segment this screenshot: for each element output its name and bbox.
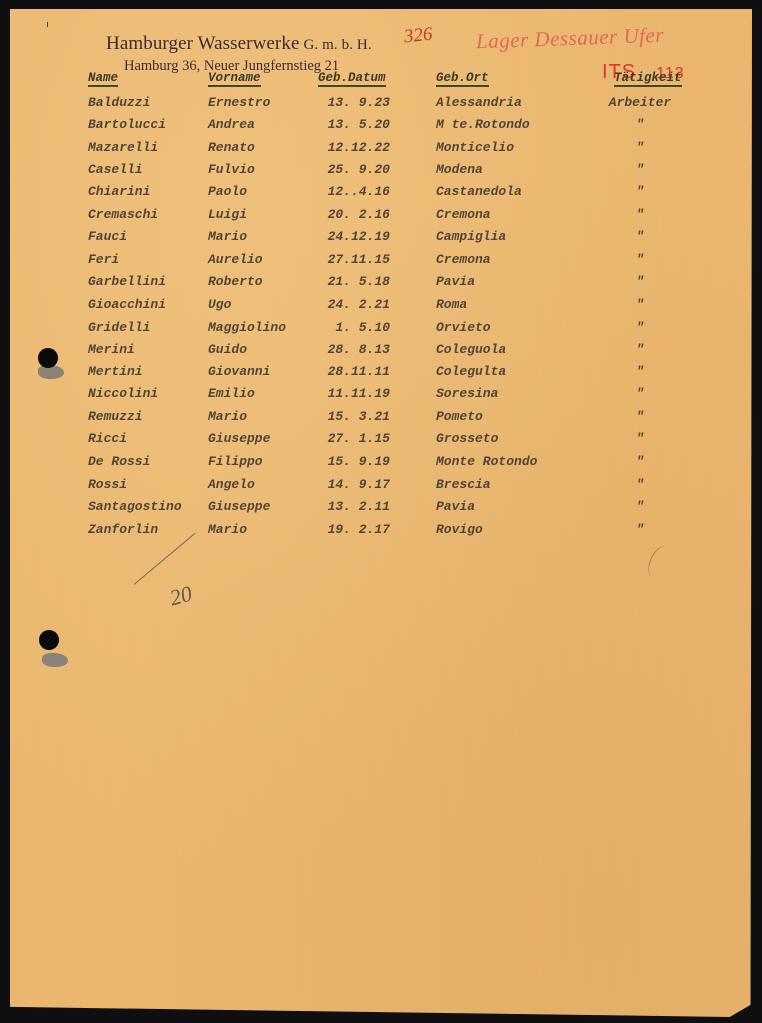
cell-birth-place: M te.Rotondo <box>436 117 530 132</box>
table-row: Zanforlin Mario 19. 2.17 Rovigo " <box>10 522 752 544</box>
cell-birth-place: Pometo <box>436 409 483 424</box>
column-header-first-name: Vorname <box>208 71 261 87</box>
cell-occupation: " <box>600 342 680 357</box>
cell-name: De Rossi <box>88 454 150 469</box>
cell-occupation: " <box>600 522 680 537</box>
cell-birth-place: Coleguola <box>436 342 506 357</box>
cell-occupation: " <box>600 162 680 177</box>
cell-birth-date: 12..4.16 <box>306 184 390 199</box>
cell-birth-place: Pavia <box>436 499 475 514</box>
cell-birth-place: Campiglia <box>436 229 506 244</box>
cell-name: Caselli <box>88 162 143 177</box>
cell-occupation: " <box>600 207 680 222</box>
cell-first-name: Andrea <box>208 117 255 132</box>
cell-birth-place: Colegulta <box>436 364 506 379</box>
table-row: Fauci Mario 24.12.19 Campiglia " <box>10 229 752 251</box>
cell-name: Cremaschi <box>88 207 158 222</box>
cell-birth-date: 14. 9.17 <box>306 477 390 492</box>
cell-occupation: " <box>600 320 680 335</box>
cell-name: Bartolucci <box>88 117 166 132</box>
table-row: Mertini Giovanni 28.11.11 Colegulta " <box>10 364 752 386</box>
cell-birth-place: Orvieto <box>436 320 491 335</box>
cell-occupation: " <box>600 409 680 424</box>
cell-first-name: Angelo <box>208 477 255 492</box>
cell-first-name: Giuseppe <box>208 431 270 446</box>
cell-birth-date: 13. 9.23 <box>306 95 390 110</box>
cell-name: Chiarini <box>88 184 150 199</box>
cell-birth-date: 11.11.19 <box>306 386 390 401</box>
company-name: Hamburger Wasserwerke <box>106 33 300 54</box>
cell-birth-date: 21. 5.18 <box>306 274 390 289</box>
cell-first-name: Fulvio <box>208 162 255 177</box>
cell-name: Remuzzi <box>88 409 143 424</box>
cell-name: Niccolini <box>88 386 158 401</box>
cell-name: Merini <box>88 342 135 357</box>
table-row: Balduzzi Ernestro 13. 9.23 Alessandria A… <box>10 95 752 117</box>
table-row: Rossi Angelo 14. 9.17 Brescia " <box>10 477 752 499</box>
cell-name: Santagostino <box>88 499 182 514</box>
table-row: Caselli Fulvio 25. 9.20 Modena " <box>10 162 752 184</box>
table-row: Bartolucci Andrea 13. 5.20 M te.Rotondo … <box>10 117 752 139</box>
cell-birth-date: 19. 2.17 <box>306 522 390 537</box>
table-row: Gioacchini Ugo 24. 2.21 Roma " <box>10 297 752 319</box>
punch-hole-icon <box>39 630 59 650</box>
cell-name: Balduzzi <box>88 95 150 110</box>
cell-birth-place: Roma <box>436 297 467 312</box>
cell-first-name: Mario <box>208 522 247 537</box>
cell-birth-date: 27.11.15 <box>306 252 390 267</box>
cell-occupation: " <box>600 252 680 267</box>
cell-first-name: Giuseppe <box>208 499 270 514</box>
company-legal-form: G. m. b. H. <box>304 37 372 53</box>
cell-occupation: " <box>600 117 680 132</box>
table-row: Remuzzi Mario 15. 3.21 Pometo " <box>10 409 752 431</box>
cell-birth-place: Cremona <box>436 252 491 267</box>
cell-birth-date: 1. 5.10 <box>306 320 390 335</box>
cell-name: Feri <box>88 252 119 267</box>
cell-birth-place: Pavia <box>436 274 475 289</box>
cell-birth-place: Alessandria <box>436 95 522 110</box>
cell-occupation: " <box>600 454 680 469</box>
handwritten-doc-number: 326 <box>403 24 434 49</box>
cell-first-name: Aurelio <box>208 252 263 267</box>
cell-name: Mazarelli <box>88 140 158 155</box>
cell-birth-date: 24. 2.21 <box>306 297 390 312</box>
cell-first-name: Filippo <box>208 454 263 469</box>
cell-occupation: " <box>600 274 680 289</box>
cell-first-name: Emilio <box>208 386 255 401</box>
cell-birth-date: 28.11.11 <box>306 364 390 379</box>
cell-name: Gioacchini <box>88 297 166 312</box>
column-header-birth-place: Geb.Ort <box>436 71 489 87</box>
cell-birth-place: Soresina <box>436 386 498 401</box>
cell-birth-date: 15. 9.19 <box>306 454 390 469</box>
corner-mark <box>47 22 48 27</box>
cell-first-name: Mario <box>208 229 247 244</box>
punch-hole-shadow <box>42 653 68 667</box>
cell-birth-date: 13. 5.20 <box>306 117 390 132</box>
cell-birth-place: Monte Rotondo <box>436 454 537 469</box>
cell-first-name: Ugo <box>208 297 231 312</box>
cell-first-name: Ernestro <box>208 95 270 110</box>
cell-birth-place: Brescia <box>436 477 491 492</box>
table-row: Mazarelli Renato 12.12.22 Monticelio " <box>10 140 752 162</box>
cell-name: Ricci <box>88 431 127 446</box>
table-row: Ricci Giuseppe 27. 1.15 Grosseto " <box>10 431 752 453</box>
table-row: Gridelli Maggiolino 1. 5.10 Orvieto " <box>10 320 752 342</box>
cell-birth-place: Grosseto <box>436 431 498 446</box>
cell-birth-date: 20. 2.16 <box>306 207 390 222</box>
cell-name: Zanforlin <box>88 522 158 537</box>
table-row: Niccolini Emilio 11.11.19 Soresina " <box>10 386 752 408</box>
cell-occupation: Arbeiter <box>600 95 680 110</box>
cell-birth-date: 13. 2.11 <box>306 499 390 514</box>
cell-occupation: " <box>600 477 680 492</box>
cell-occupation: " <box>600 386 680 401</box>
cell-occupation: " <box>600 297 680 312</box>
cell-occupation: " <box>600 499 680 514</box>
cell-birth-place: Monticelio <box>436 140 514 155</box>
cell-birth-date: 28. 8.13 <box>306 342 390 357</box>
letterhead-company: Hamburger WasserwerkeG. m. b. H. <box>106 33 372 55</box>
table-row: Feri Aurelio 27.11.15 Cremona " <box>10 252 752 274</box>
cell-name: Mertini <box>88 364 143 379</box>
cell-first-name: Giovanni <box>208 364 270 379</box>
cell-first-name: Luigi <box>208 207 247 222</box>
column-header-birth-date: Geb.Datum <box>318 71 386 87</box>
cell-first-name: Paolo <box>208 184 247 199</box>
cell-birth-place: Castanedola <box>436 184 522 199</box>
cell-first-name: Guido <box>208 342 247 357</box>
cell-occupation: " <box>600 431 680 446</box>
cell-name: Fauci <box>88 229 127 244</box>
cell-birth-date: 27. 1.15 <box>306 431 390 446</box>
cell-occupation: " <box>600 184 680 199</box>
table-row: Chiarini Paolo 12..4.16 Castanedola " <box>10 184 752 206</box>
cell-occupation: " <box>600 364 680 379</box>
cell-birth-place: Rovigo <box>436 522 483 537</box>
cell-birth-date: 24.12.19 <box>306 229 390 244</box>
table-row: Merini Guido 28. 8.13 Coleguola " <box>10 342 752 364</box>
cell-birth-place: Modena <box>436 162 483 177</box>
table-row: Cremaschi Luigi 20. 2.16 Cremona " <box>10 207 752 229</box>
table-row: De Rossi Filippo 15. 9.19 Monte Rotondo … <box>10 454 752 476</box>
column-header-name: Name <box>88 71 118 87</box>
cell-name: Gridelli <box>88 320 150 335</box>
table-row: Garbellini Roberto 21. 5.18 Pavia " <box>10 274 752 296</box>
punch-hole-icon <box>38 348 58 368</box>
cell-first-name: Maggiolino <box>208 320 286 335</box>
cell-birth-place: Cremona <box>436 207 491 222</box>
pencil-check-mark <box>644 543 676 582</box>
column-header-occupation: Tätigkeit <box>614 71 682 87</box>
pencil-tally-count: 20 <box>167 581 195 612</box>
cell-occupation: " <box>600 140 680 155</box>
cell-first-name: Roberto <box>208 274 263 289</box>
cell-birth-date: 15. 3.21 <box>306 409 390 424</box>
cell-first-name: Mario <box>208 409 247 424</box>
table-row: Santagostino Giuseppe 13. 2.11 Pavia " <box>10 499 752 521</box>
cell-name: Garbellini <box>88 274 166 289</box>
document-page: Hamburger WasserwerkeG. m. b. H. Hamburg… <box>10 9 752 1017</box>
handwritten-camp-note: Lager Dessauer Ufer <box>476 23 665 55</box>
cell-name: Rossi <box>88 477 127 492</box>
cell-first-name: Renato <box>208 140 255 155</box>
cell-birth-date: 12.12.22 <box>306 140 390 155</box>
cell-occupation: " <box>600 229 680 244</box>
cell-birth-date: 25. 9.20 <box>306 162 390 177</box>
